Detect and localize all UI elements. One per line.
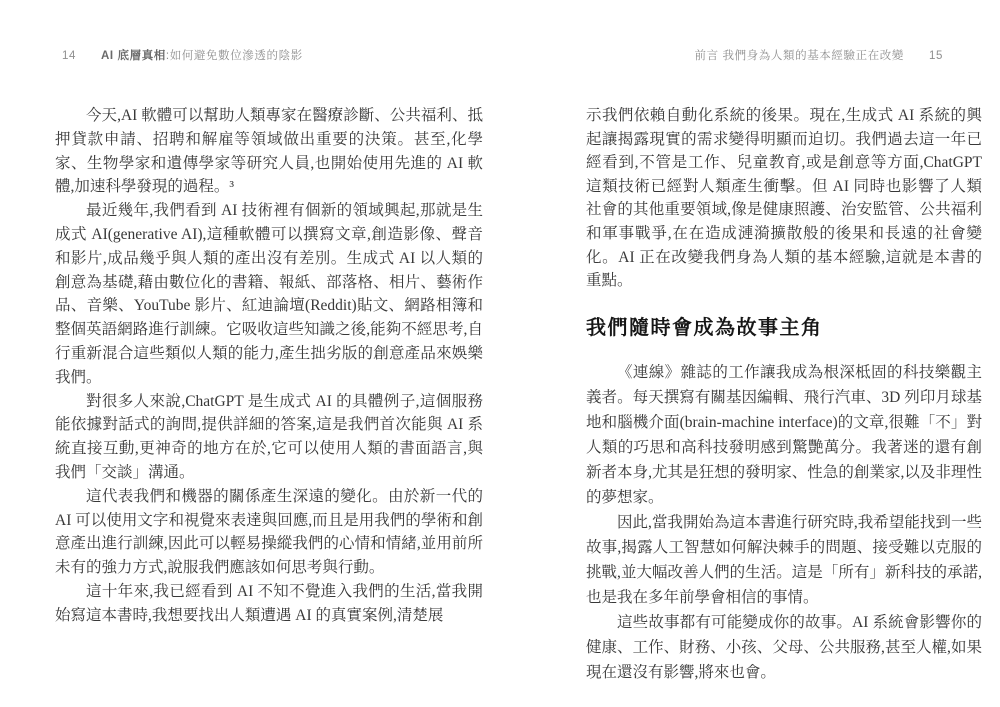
right-running-header: 前言 我們身為人類的基本經驗正在改變15 <box>695 47 944 63</box>
right-running-title: 前言 我們身為人類的基本經驗正在改變 <box>695 50 905 62</box>
paragraph: 因此,當我開始為這本書進行研究時,我希望能找到一些故事,揭露人工智慧如何解決棘手… <box>586 510 982 610</box>
section-heading: 我們隨時會成為故事主角 <box>586 315 982 341</box>
book-spread: 14AI 底層真相:如何避免數位滲透的陰影 前言 我們身為人類的基本經驗正在改變… <box>0 0 1000 707</box>
continuation-paragraph: 示我們依賴自動化系統的後果。現在,生成式 AI 系統的興起讓揭露現實的需求變得明… <box>586 104 982 293</box>
left-page-number: 14 <box>62 50 76 62</box>
paragraph: 這十年來,我已經看到 AI 不知不覺進入我們的生活,當我開始寫這本書時,我想要找… <box>55 580 483 628</box>
left-running-title-bold: AI 底層真相 <box>101 50 166 62</box>
paragraph: 對很多人來說,ChatGPT 是生成式 AI 的具體例子,這個服務能依據對話式的… <box>55 390 483 485</box>
paragraph: 今天,AI 軟體可以幫助人類專家在醫療診斷、公共福利、抵押貸款申請、招聘和解雇等… <box>55 104 483 199</box>
paragraph: 這代表我們和機器的關係產生深遠的變化。由於新一代的 AI 可以使用文字和視覺來表… <box>55 485 483 580</box>
paragraph: 最近幾年,我們看到 AI 技術裡有個新的領域興起,那就是生成式 AI(gener… <box>55 199 483 389</box>
left-running-title-rest: :如何避免數位滲透的陰影 <box>166 50 303 62</box>
paragraph: 《連線》雜誌的工作讓我成為根深柢固的科技樂觀主義者。每天撰寫有關基因編輯、飛行汽… <box>586 360 982 510</box>
right-page-number: 15 <box>929 50 943 62</box>
left-page-body: 今天,AI 軟體可以幫助人類專家在醫療診斷、公共福利、抵押貸款申請、招聘和解雇等… <box>55 104 483 628</box>
right-page-body: 示我們依賴自動化系統的後果。現在,生成式 AI 系統的興起讓揭露現實的需求變得明… <box>586 104 982 685</box>
left-running-header: 14AI 底層真相:如何避免數位滲透的陰影 <box>62 47 303 63</box>
paragraph: 這些故事都有可能變成你的故事。AI 系統會影響你的健康、工作、財務、小孩、父母、… <box>586 610 982 685</box>
